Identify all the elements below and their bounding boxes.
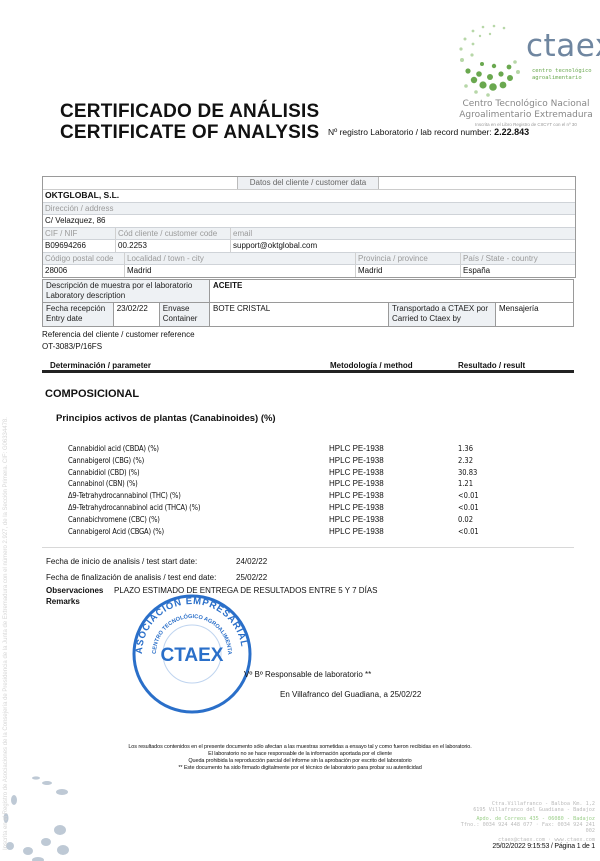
start-date-label: Fecha de inicio de analisis / test start… <box>46 557 197 566</box>
result-row: Cannabinol (CBN) (%)HPLC PE-19381.21 <box>68 478 488 490</box>
logo-subtitle: agroalimentario <box>532 75 582 81</box>
result-parameter: Cannabidiol (CBD) (%) <box>68 467 139 479</box>
center-name-line: Agroalimentario Extremadura <box>452 110 600 121</box>
email-value[interactable]: support@oktglobal.com <box>231 240 575 252</box>
customer-table: Datos del cliente / customer data OKTGLO… <box>42 176 576 278</box>
result-value: <0.01 <box>458 490 479 502</box>
country-value: España <box>461 265 575 277</box>
lab-record-value: 2.22.843 <box>494 127 529 137</box>
end-date-value: 25/02/22 <box>236 570 267 586</box>
center-name-line: Centro Tecnológico Nacional <box>452 99 600 110</box>
result-header: Resultado / result <box>458 361 525 370</box>
result-parameter: Cannabichromene (CBC) (%) <box>68 514 160 526</box>
postal-code-label: Código postal code <box>43 253 125 265</box>
footer-address: Ctra.Villafranco - Balboa Km. 1,2 6195 V… <box>455 801 595 843</box>
footer-line: 6195 Villafranco del Guadiana - Badajoz <box>455 807 595 813</box>
result-row: Cannabidiol acid (CBDA) (%)HPLC PE-19381… <box>68 443 488 455</box>
result-value: <0.01 <box>458 502 479 514</box>
entry-date-value: 23/02/22 <box>113 303 159 327</box>
start-date-value: 24/02/22 <box>236 554 267 570</box>
disclaimer-line: El laboratorio no se hace responsable de… <box>60 751 540 758</box>
remarks-label-en: Remarks <box>46 597 80 606</box>
logo-wordmark: ctaex <box>526 28 600 64</box>
postal-code-value: 28006 <box>43 265 125 277</box>
lab-record-label: Nº registro Laboratorio / lab record num… <box>328 127 492 137</box>
results-list: Cannabidiol acid (CBDA) (%)HPLC PE-19381… <box>68 443 488 537</box>
carrier-value: Mensajería <box>496 303 574 327</box>
address-value: C/ Velazquez, 86 <box>43 215 575 227</box>
result-parameter: Cannabigerol (CBG) (%) <box>68 455 144 467</box>
customer-reference: Referencia del cliente / customer refere… <box>42 329 195 353</box>
result-value: 0.02 <box>458 514 473 526</box>
lab-manager-approval: Vº Bº Responsable de laboratorio ** <box>244 670 371 679</box>
stamp-seal-icon: ASOCIACIÓN EMPRESARIAL DE INVESTIGACIÓN … <box>128 592 256 716</box>
label-en: Container <box>163 314 206 324</box>
sample-description: ACEITE <box>210 280 574 303</box>
result-method: HPLC PE-1938 <box>329 467 384 479</box>
section-title: COMPOSICIONAL <box>45 388 139 400</box>
label-es: Descripción de muestra por el laboratori… <box>46 281 206 291</box>
container-value: BOTE CRISTAL <box>210 303 389 327</box>
label-es: Fecha recepción <box>46 304 110 314</box>
subsection-title: Principios activos de plantas (Canabinoi… <box>56 413 276 424</box>
disclaimer: Los resultados contenidos en el presente… <box>60 744 540 772</box>
logo-subtitle: centro tecnológico <box>532 68 592 74</box>
result-row: Δ9-Tetrahydrocannabinol acid (THCA) (%)H… <box>68 502 488 514</box>
container-label: Envase Container <box>159 303 209 327</box>
remarks: Observaciones Remarks PLAZO ESTIMADO DE … <box>46 585 546 607</box>
province-value: Madrid <box>356 265 461 277</box>
label-en: Carried to Ctaex by <box>392 314 492 324</box>
result-value: 1.21 <box>458 478 473 490</box>
result-method: HPLC PE-1938 <box>329 514 384 526</box>
result-method: HPLC PE-1938 <box>329 502 384 514</box>
result-method: HPLC PE-1938 <box>329 490 384 502</box>
result-value: 1.36 <box>458 443 473 455</box>
result-parameter: Cannabigerol Acid (CBGA) (%) <box>68 526 164 538</box>
result-value: <0.01 <box>458 526 479 538</box>
result-parameter: Cannabidiol acid (CBDA) (%) <box>68 443 159 455</box>
label-en: Entry date <box>46 314 110 324</box>
result-row: Cannabigerol Acid (CBGA) (%)HPLC PE-1938… <box>68 526 488 538</box>
result-row: Δ9-Tetrahydrocannabinol (THC) (%)HPLC PE… <box>68 490 488 502</box>
reference-label: Referencia del cliente / customer refere… <box>42 329 195 341</box>
page-info: 25/02/2022 9:15:53 / Página 1 de 1 <box>470 843 595 850</box>
label-es: Transportado a CTAEX por <box>392 304 492 314</box>
customer-code-label: Cód cliente / customer code <box>116 228 231 240</box>
place-date: En Villafranco del Guadiana, a 25/02/22 <box>280 690 421 699</box>
label-es: Envase <box>163 304 206 314</box>
label-en: Laboratory description <box>46 291 206 301</box>
page-title: CERTIFICADO DE ANÁLISIS CERTIFICATE OF A… <box>60 101 319 143</box>
sample-desc-label: Descripción de muestra por el laboratori… <box>43 280 210 303</box>
footer-line: Tfno.: 0034 924 448 077 · Fax: 0034 924 … <box>455 822 595 834</box>
customer-code-value: 00.2253 <box>116 240 231 252</box>
ctaex-stamp: ASOCIACIÓN EMPRESARIAL DE INVESTIGACIÓN … <box>128 592 256 716</box>
disclaimer-line: Queda prohibida la reproducción parcial … <box>60 758 540 765</box>
result-row: Cannabichromene (CBC) (%)HPLC PE-19380.0… <box>68 514 488 526</box>
parameter-header: Determinación / parameter <box>50 361 151 370</box>
email-label: email <box>231 228 575 240</box>
results-header: Determinación / parameter Metodología / … <box>42 358 574 373</box>
result-method: HPLC PE-1938 <box>329 443 384 455</box>
result-parameter: Δ9-Tetrahydrocannabinol (THC) (%) <box>68 490 181 502</box>
result-row: Cannabidiol (CBD) (%)HPLC PE-193830.83 <box>68 467 488 479</box>
result-method: HPLC PE-1938 <box>329 455 384 467</box>
customer-company: OKTGLOBAL, S.L. <box>43 190 575 202</box>
result-value: 30.83 <box>458 467 477 479</box>
method-header: Metodología / method <box>330 361 413 370</box>
disclaimer-line: Los resultados contenidos en el presente… <box>60 744 540 751</box>
carrier-label: Transportado a CTAEX por Carried to Ctae… <box>389 303 496 327</box>
country-label: País / State - country <box>461 253 575 265</box>
province-label: Provincia / province <box>356 253 461 265</box>
divider <box>42 547 574 548</box>
result-parameter: Cannabinol (CBN) (%) <box>68 478 138 490</box>
end-date-label: Fecha de finalización de analisis / test… <box>46 573 216 582</box>
test-dates: Fecha de inicio de analisis / test start… <box>46 554 346 586</box>
lab-record: Nº registro Laboratorio / lab record num… <box>328 127 529 137</box>
address-label: Dirección / address <box>43 203 575 215</box>
disclaimer-line: ** Este documento ha sido firmado digita… <box>60 765 540 772</box>
reference-value: OT-3083/P/16FS <box>42 341 195 353</box>
globe-dots-icon <box>452 22 532 102</box>
city-value: Madrid <box>125 265 356 277</box>
center-name: Centro Tecnológico Nacional Agroalimenta… <box>452 99 600 121</box>
result-method: HPLC PE-1938 <box>329 478 384 490</box>
sample-table: Descripción de muestra por el laboratori… <box>42 279 574 327</box>
cif-value: B09694266 <box>43 240 116 252</box>
result-value: 2.32 <box>458 455 473 467</box>
result-method: HPLC PE-1938 <box>329 526 384 538</box>
cif-label: CIF / NIF <box>43 228 116 240</box>
remarks-label-es: Observaciones <box>46 586 103 595</box>
entry-date-label: Fecha recepción Entry date <box>43 303 114 327</box>
result-row: Cannabigerol (CBG) (%)HPLC PE-19382.32 <box>68 455 488 467</box>
title-en: CERTIFICATE OF ANALYSIS <box>60 122 319 143</box>
customer-section-title: Datos del cliente / customer data <box>237 177 379 189</box>
title-es: CERTIFICADO DE ANÁLISIS <box>60 101 319 122</box>
result-parameter: Δ9-Tetrahydrocannabinol acid (THCA) (%) <box>68 502 200 514</box>
city-label: Localidad / town - city <box>125 253 356 265</box>
decorative-globe-icon <box>0 770 70 861</box>
vertical-registry-note: Inscrita en el Registro de Asociaciones … <box>3 230 9 850</box>
svg-text:CTAEX: CTAEX <box>161 645 224 666</box>
ctaex-logo: ctaex centro tecnológico agroalimentario <box>452 22 600 102</box>
